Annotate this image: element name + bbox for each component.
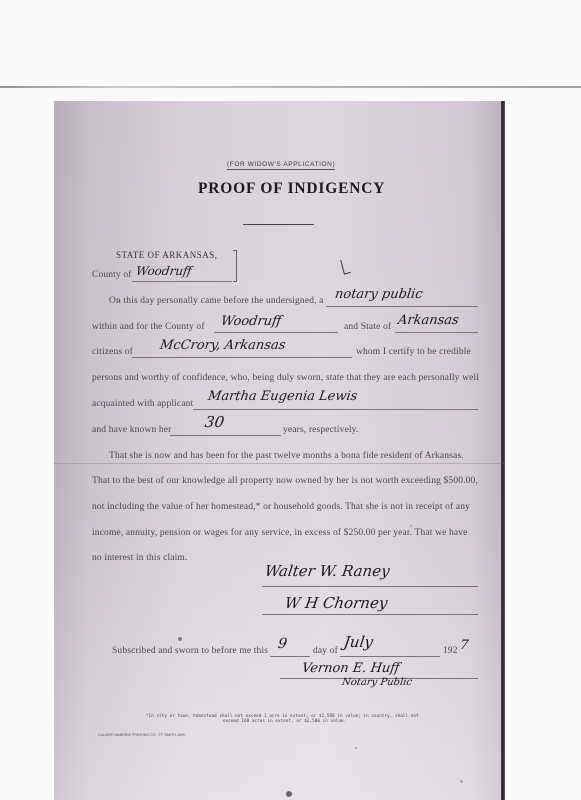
income-statement: income, annuity, pension or wages for an… xyxy=(92,528,468,538)
jurat-text: Subscribed and sworn to before me this xyxy=(112,646,268,656)
venue-county-field-line xyxy=(132,281,232,282)
witness-2-signature: W H Chorney xyxy=(284,594,389,612)
jurat-year-prefix: 192 xyxy=(443,646,458,656)
jurat-day-field-line xyxy=(270,656,310,657)
notary-signature: Vernon E. Huff xyxy=(301,661,401,676)
citizens-of-value: McCrory, Arkansas xyxy=(159,338,286,353)
venue-county-label: County of xyxy=(92,270,132,280)
county-field-line xyxy=(214,332,338,333)
ink-speck xyxy=(355,747,357,749)
page-title: PROOF OF INDIGENCY xyxy=(198,180,385,198)
venue-bracket xyxy=(233,250,237,282)
ink-speck xyxy=(410,525,412,527)
body-line-3-suffix: whom I certify to be credible xyxy=(356,347,471,357)
footnote-line-2: exceed 160 acres in extent, or $2,500 in… xyxy=(223,718,346,723)
venue-county-value: Woodruff xyxy=(135,264,193,278)
interest-statement: no interest in this claim. xyxy=(92,553,187,563)
notary-title: Notary Public xyxy=(341,677,412,688)
state-field-line xyxy=(395,332,478,333)
ink-speck xyxy=(118,300,120,302)
jurat-day-of-label: day of xyxy=(313,646,338,656)
ink-speck xyxy=(460,780,463,783)
body-line-6-suffix: years, respectively. xyxy=(283,425,358,435)
body-line-5-text: acquainted with applicant xyxy=(92,399,193,409)
body-line-6-text: and have known her xyxy=(92,425,171,435)
property-statement: That to the best of our knowledge all pr… xyxy=(92,476,478,486)
residency-statement: That she is now and has been for the pas… xyxy=(109,451,464,461)
venue-state-label: STATE OF ARKANSAS, xyxy=(116,250,218,260)
state-value: Arkansas xyxy=(397,313,460,328)
years-known-value: 30 xyxy=(204,413,226,431)
applicant-field-line xyxy=(193,409,478,410)
homestead-statement: not including the value of her homestead… xyxy=(92,502,470,512)
witness-1-signature: Walter W. Raney xyxy=(264,562,391,580)
officer-title-value: notary public xyxy=(334,287,424,302)
form-subtitle: (FOR WIDOW'S APPLICATION) xyxy=(227,161,335,170)
ink-speck xyxy=(178,637,182,641)
body-line-1-text: On this day personally came before the u… xyxy=(109,296,324,306)
fold-crease xyxy=(54,463,505,464)
county-value: Woodruff xyxy=(220,314,282,329)
title-divider xyxy=(243,224,314,225)
officer-title-field-line xyxy=(326,306,478,307)
ink-speck xyxy=(286,791,292,797)
page-edge-shadow xyxy=(501,101,505,800)
citizens-of-field-line xyxy=(132,357,352,358)
printer-imprint: CALVERT-McBRIDE PRINTING CO., FT. SMITH,… xyxy=(98,733,186,737)
witness-1-signature-line xyxy=(262,586,478,587)
years-known-field-line xyxy=(170,435,281,436)
state-label: and State of xyxy=(344,322,391,332)
applicant-name-value: Martha Eugenia Lewis xyxy=(207,389,358,404)
body-line-3-text: citizens of xyxy=(92,347,133,357)
jurat-month-value: July xyxy=(343,633,374,651)
jurat-month-field-line xyxy=(340,656,440,657)
witness-2-signature-line xyxy=(262,614,478,615)
scan-edge-shadow xyxy=(0,86,581,88)
body-line-4-text: persons and worthy of confidence, who, b… xyxy=(92,373,479,383)
body-line-2-text: within and for the County of xyxy=(92,322,205,332)
